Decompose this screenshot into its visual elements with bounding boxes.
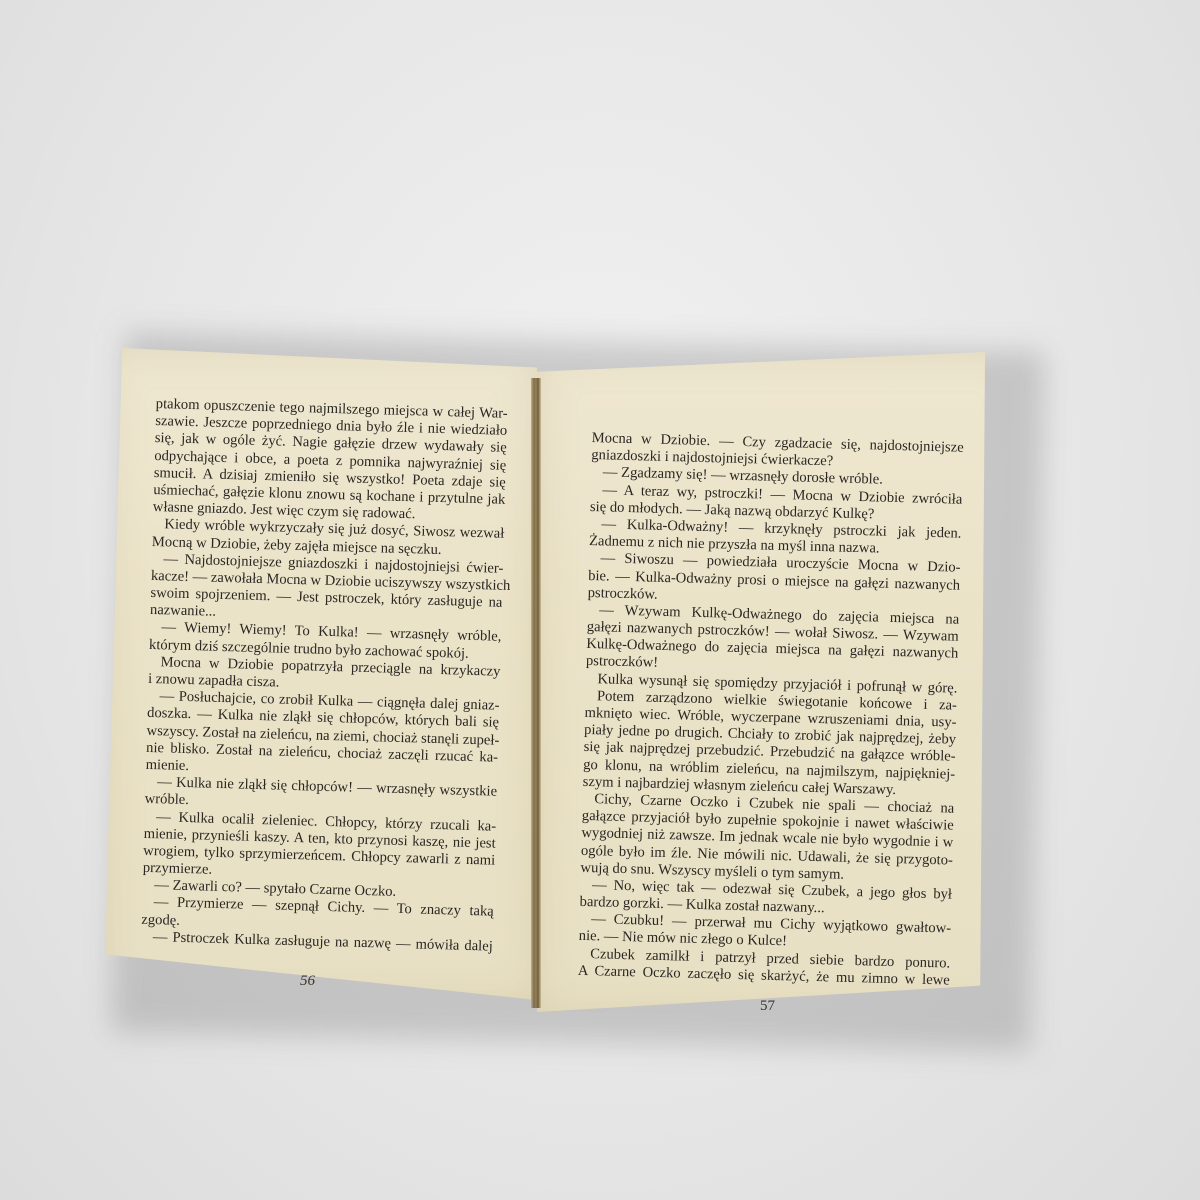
page-number-right: 57 (760, 998, 775, 1015)
book-spine (531, 378, 541, 1008)
open-book: ptakom opuszczenie tego najmilszego miej… (0, 0, 1200, 1200)
page-number-left: 56 (300, 973, 315, 990)
right-page-text: Mocna w Dziobie. — Czy zgadzacie się, na… (578, 430, 964, 990)
left-page-text: ptakom opuszczenie tego najmilszego miej… (141, 396, 508, 956)
